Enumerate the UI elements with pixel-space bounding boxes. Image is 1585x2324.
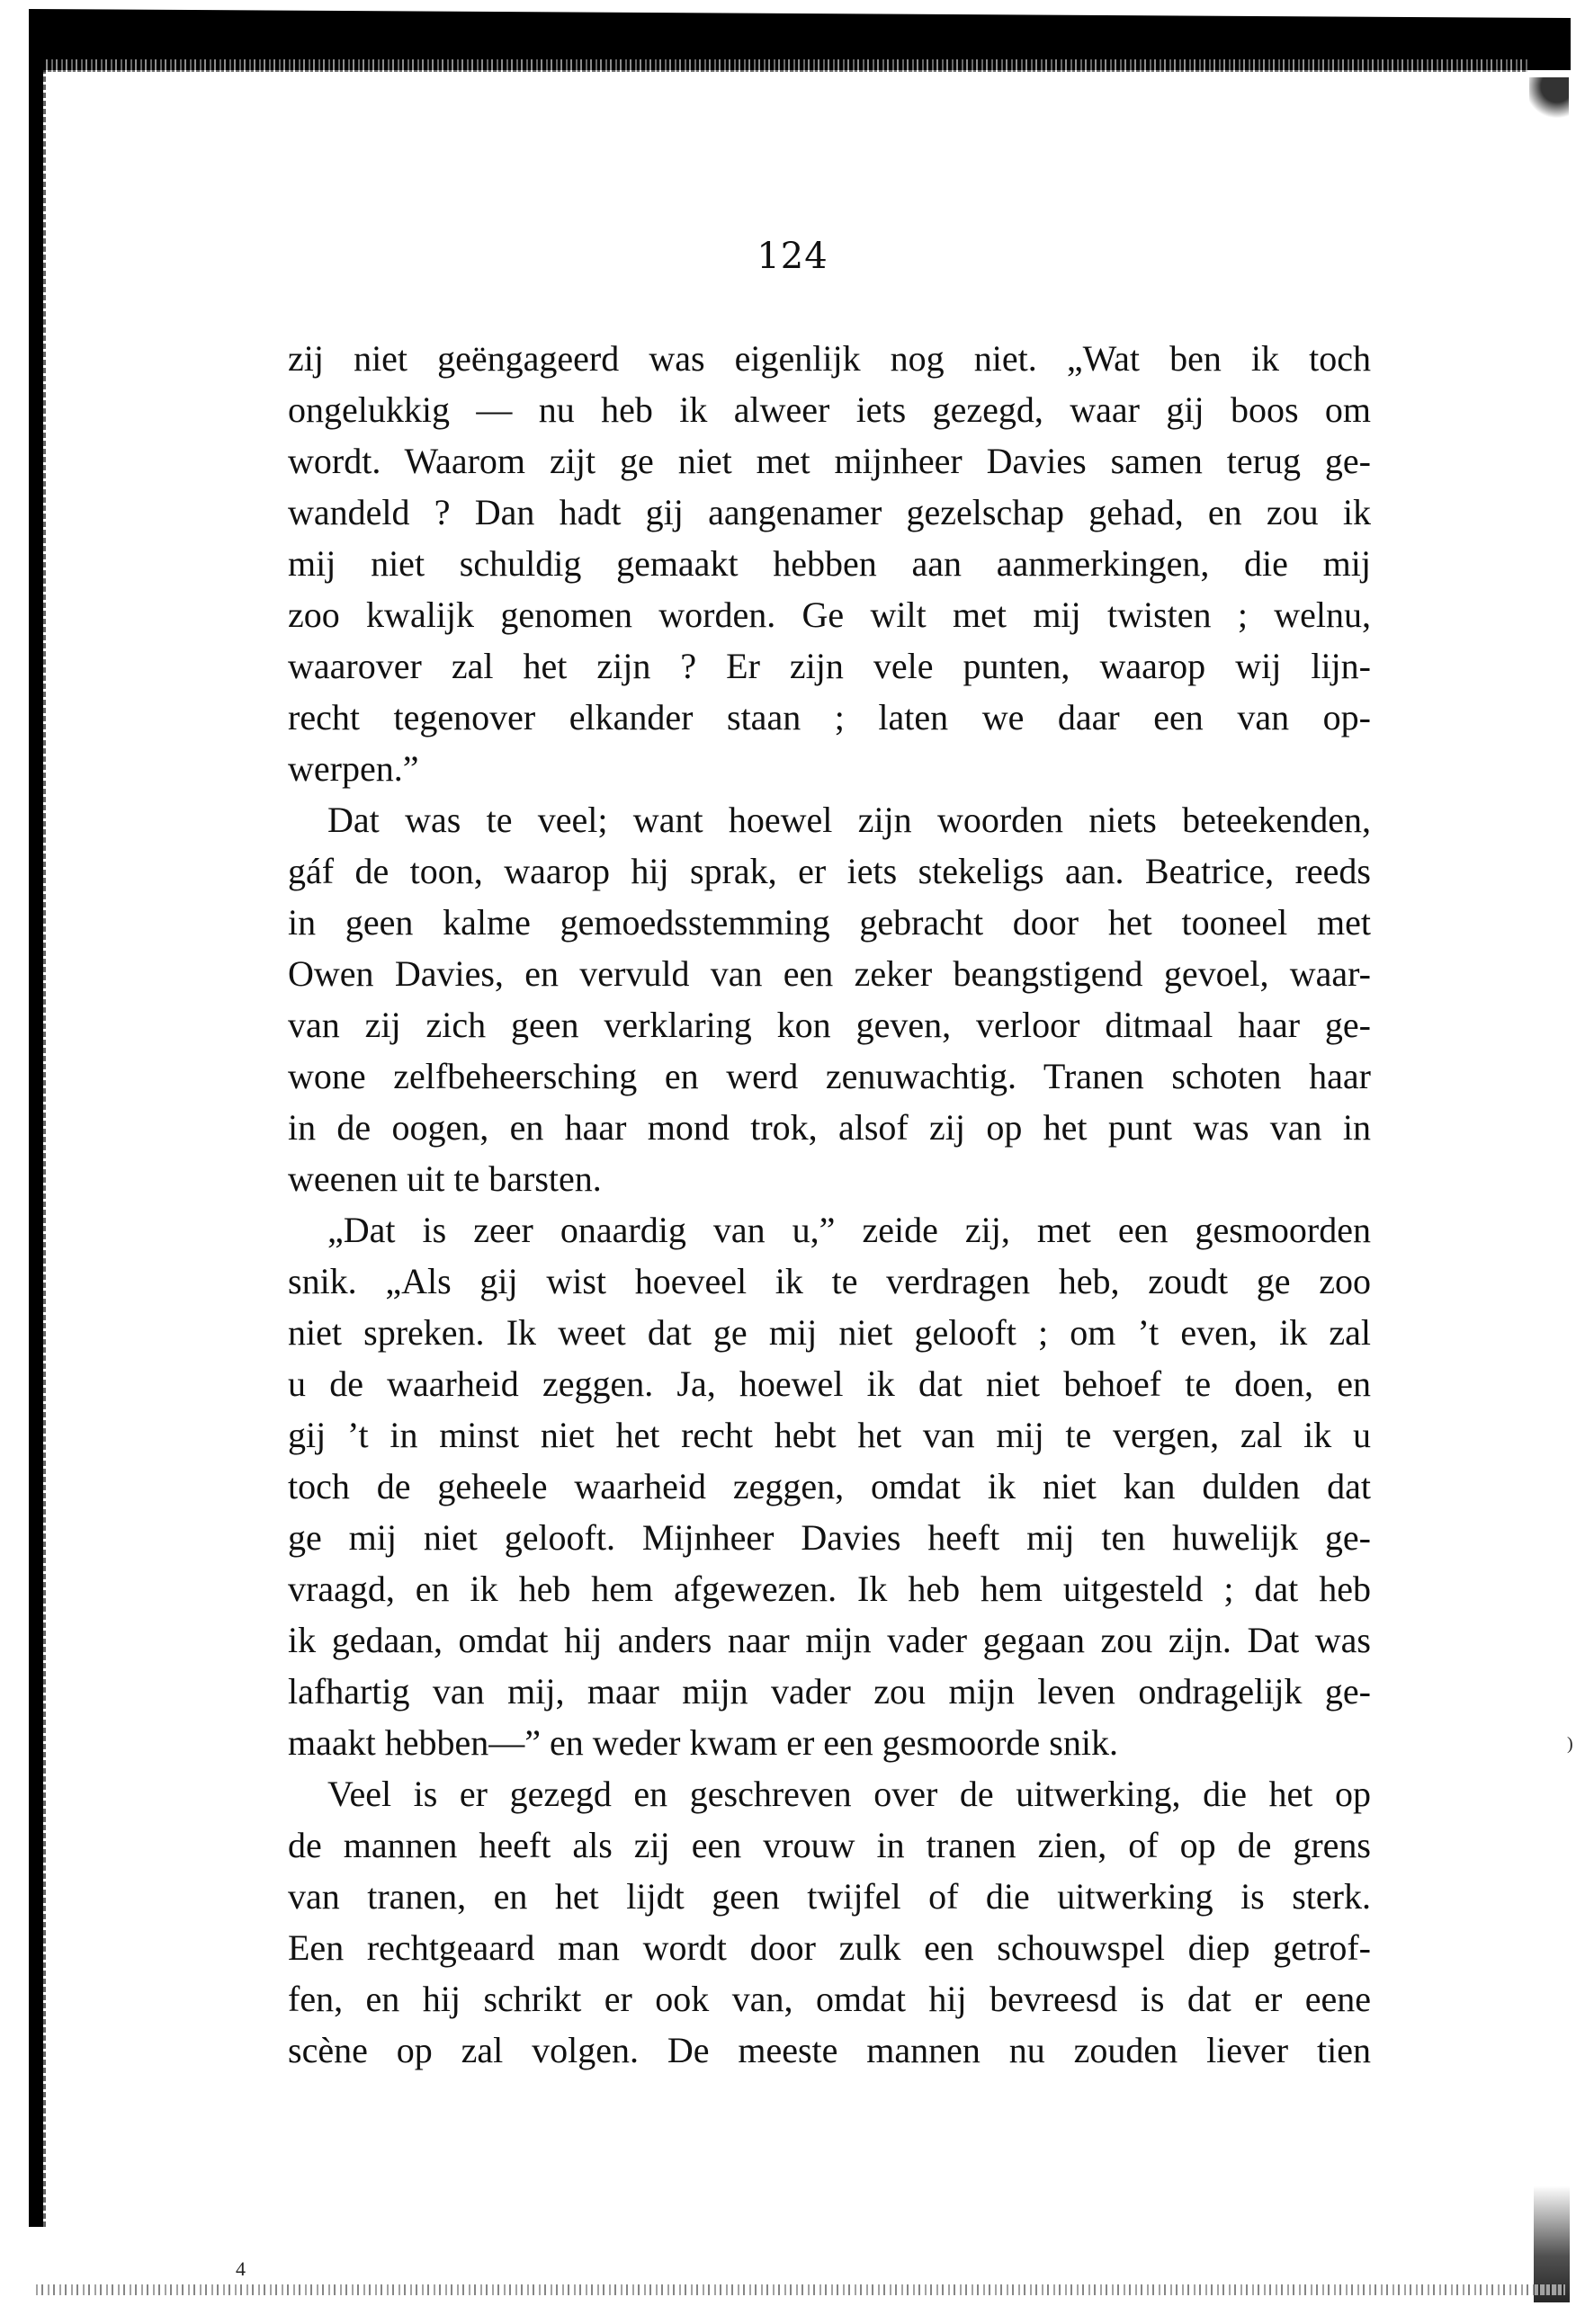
text-line: ge mij niet gelooft. Mijnheer Davies hee… [288,1512,1371,1563]
margin-mark-bottom-left: 4 [236,2257,246,2281]
text-line: zoo kwalijk genomen worden. Ge wilt met … [288,589,1371,640]
scan-left-shadow-border [29,68,43,2227]
text-line: fen, en hij schrikt er ook van, omdat hi… [288,1973,1371,2025]
text-line: van zij zich geen verklaring kon geven, … [288,999,1371,1050]
text-line: mij niet schuldig gemaakt hebben aan aan… [288,538,1371,589]
text-line: in de oogen, en haar mond trok, alsof zi… [288,1102,1371,1153]
text-line: niet spreken. Ik weet dat ge mij niet ge… [288,1307,1371,1358]
text-line: de mannen heeft als zij een vrouw in tra… [288,1819,1371,1871]
text-line: werpen.” [288,743,1371,794]
text-line: recht tegenover elkander staan ; laten w… [288,692,1371,743]
text-line: maakt hebben—” en weder kwam er een gesm… [288,1717,1371,1768]
scan-top-edge-noise [43,59,1527,72]
scan-bottom-edge-noise [36,2284,1565,2295]
body-text: zij niet geëngageerd was eigenlijk nog n… [288,333,1371,2076]
text-line: u de waarheid zeggen. Ja, hoewel ik dat … [288,1358,1371,1409]
text-line: wone zelfbeheersching en werd zenuwachti… [288,1050,1371,1102]
text-line: Veel is er gezegd en geschreven over de … [288,1768,1371,1819]
text-line: ik gedaan, omdat hij anders naar mijn va… [288,1614,1371,1666]
scan-left-edge-noise [43,68,46,2227]
text-line: snik. „Als gij wist hoeveel ik te verdra… [288,1256,1371,1307]
text-line: Owen Davies, en vervuld van een zeker be… [288,948,1371,999]
text-line: ongelukkig — nu heb ik alweer iets gezeg… [288,384,1371,435]
text-line: Dat was te veel; want hoewel zijn woorde… [288,794,1371,845]
text-line: wandeld ? Dan hadt gij aangenamer gezels… [288,487,1371,538]
text-line: in geen kalme gemoedsstemming gebracht d… [288,897,1371,948]
text-line: scène op zal volgen. De meeste mannen nu… [288,2025,1371,2076]
scan-top-right-corner-shadow [1529,77,1569,122]
text-line: toch de geheele waarheid zeggen, omdat i… [288,1461,1371,1512]
margin-mark-right: ) [1567,1734,1573,1755]
text-line: Een rechtgeaard man wordt door zulk een … [288,1922,1371,1973]
text-line: vraagd, en ik heb hem afgewezen. Ik heb … [288,1563,1371,1614]
text-line: gáf de toon, waarop hij sprak, er iets s… [288,845,1371,897]
text-line: van tranen, en het lijdt geen twijfel of… [288,1871,1371,1922]
text-line: wordt. Waarom zijt ge niet met mijnheer … [288,435,1371,487]
scanned-page: 124 zij niet geëngageerd was eigenlijk n… [0,0,1585,2324]
text-line: weenen uit te barsten. [288,1153,1371,1204]
page-number: 124 [0,236,1585,277]
text-line: „Dat is zeer onaardig van u,” zeide zij,… [288,1204,1371,1256]
text-line: gij ’t in minst niet het recht hebt het … [288,1409,1371,1461]
text-line: zij niet geëngageerd was eigenlijk nog n… [288,333,1371,384]
text-line: waarover zal het zijn ? Er zijn vele pun… [288,640,1371,692]
text-line: lafhartig van mij, maar mijn vader zou m… [288,1666,1371,1717]
